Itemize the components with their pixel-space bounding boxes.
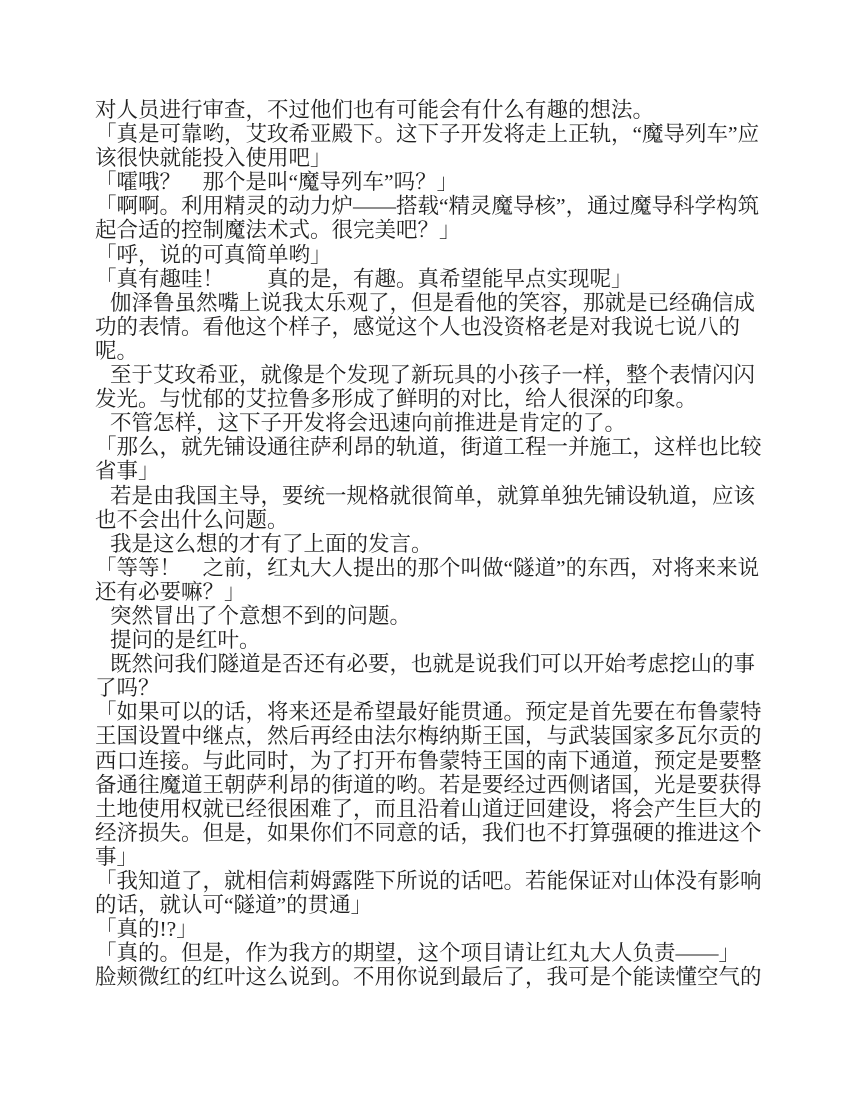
text-line: 「等等！ 之前，红丸大人提出的那个叫做“隧道”的东西，对将来来说 bbox=[95, 556, 757, 580]
text-line: 省事」 bbox=[95, 459, 757, 483]
text-line: 至于艾玫希亚，就像是个发现了新玩具的小孩子一样，整个表情闪闪 bbox=[95, 363, 757, 387]
text-line: 「那么，就先铺设通往萨利昂的轨道，街道工程一并施工，这样也比较 bbox=[95, 435, 757, 459]
text-line: 伽泽鲁虽然嘴上说我太乐观了，但是看他的笑容，那就是已经确信成 bbox=[95, 291, 757, 315]
text-line: 若是由我国主导，要统一规格就很简单，就算单独先铺设轨道，应该 bbox=[95, 484, 757, 508]
text-line: 「真的。但是，作为我方的期望，这个项目请让红丸大人负责——」 bbox=[95, 941, 757, 965]
text-line: 经济损失。但是，如果你们不同意的话，我们也不打算强硬的推进这个 bbox=[95, 821, 757, 845]
text-line: 事」 bbox=[95, 845, 757, 869]
text-line: 不管怎样，这下子开发将会迅速向前推进是肯定的了。 bbox=[95, 411, 757, 435]
text-line: 「真是可靠哟，艾玫希亚殿下。这下子开发将走上正轨，“魔导列车”应 bbox=[95, 122, 757, 146]
text-line: 「真的!?」 bbox=[95, 917, 757, 941]
text-line: 呢。 bbox=[95, 339, 757, 363]
text-line: 起合适的控制魔法术式。很完美吧？」 bbox=[95, 218, 757, 242]
text-line: 了吗？ bbox=[95, 676, 757, 700]
text-line: 西口连接。与此同时，为了打开布鲁蒙特王国的南下通道，预定是要整 bbox=[95, 749, 757, 773]
text-line: 「呼，说的可真简单哟」 bbox=[95, 243, 757, 267]
text-line: 对人员进行审查，不过他们也有可能会有什么有趣的想法。 bbox=[95, 98, 757, 122]
text-line: 突然冒出了个意想不到的问题。 bbox=[95, 604, 757, 628]
text-line: 也不会出什么问题。 bbox=[95, 508, 757, 532]
novel-text-block: 对人员进行审查，不过他们也有可能会有什么有趣的想法。 「真是可靠哟，艾玫希亚殿下… bbox=[95, 98, 757, 989]
text-line: 提问的是红叶。 bbox=[95, 628, 757, 652]
text-line: 「真有趣哇！ 真的是，有趣。真希望能早点实现呢」 bbox=[95, 267, 757, 291]
text-line: 的话，就认可“隧道”的贯通」 bbox=[95, 893, 757, 917]
text-line: 该很快就能投入使用吧」 bbox=[95, 146, 757, 170]
text-line: 备通往魔道王朝萨利昂的街道的哟。若是要经过西侧诸国，光是要获得 bbox=[95, 773, 757, 797]
text-line: 「如果可以的话，将来还是希望最好能贯通。预定是首先要在布鲁蒙特 bbox=[95, 700, 757, 724]
text-line: 发光。与忧郁的艾拉鲁多形成了鲜明的对比，给人很深的印象。 bbox=[95, 387, 757, 411]
text-line: 功的表情。看他这个样子，感觉这个人也没资格老是对我说七说八的 bbox=[95, 315, 757, 339]
text-line: 还有必要嘛？」 bbox=[95, 580, 757, 604]
text-line: 既然问我们隧道是否还有必要，也就是说我们可以开始考虑挖山的事 bbox=[95, 652, 757, 676]
text-line: 「嚯哦？ 那个是叫“魔导列车”吗？」 bbox=[95, 170, 757, 194]
text-line: 「我知道了，就相信莉姆露陛下所说的话吧。若能保证对山体没有影响 bbox=[95, 869, 757, 893]
text-line: 「啊啊。利用精灵的动力炉——搭载“精灵魔导核”，通过魔导科学构筑 bbox=[95, 194, 757, 218]
text-line: 脸颊微红的红叶这么说到。不用你说到最后了，我可是个能读懂空气的 bbox=[95, 965, 757, 989]
text-line: 我是这么想的才有了上面的发言。 bbox=[95, 532, 757, 556]
text-line: 王国设置中继点，然后再经由法尔梅纳斯王国，与武装国家多瓦尔贡的 bbox=[95, 724, 757, 748]
ebook-page: 对人员进行审查，不过他们也有可能会有什么有趣的想法。 「真是可靠哟，艾玫希亚殿下… bbox=[0, 0, 850, 1100]
text-line: 土地使用权就已经很困难了，而且沿着山道迂回建设，将会产生巨大的 bbox=[95, 797, 757, 821]
